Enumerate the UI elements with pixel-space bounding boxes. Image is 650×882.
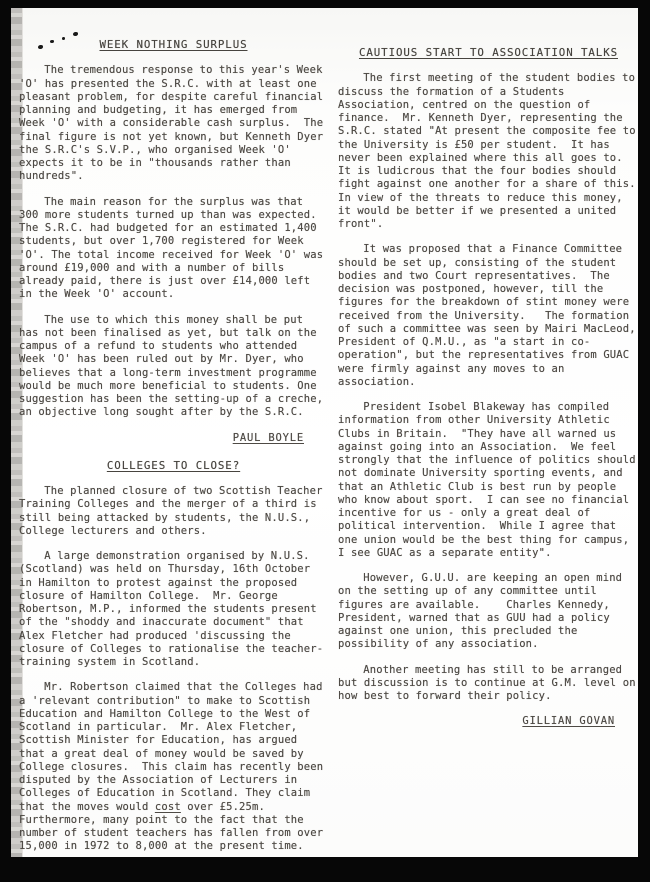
paragraph: The main reason for the surplus was that…	[19, 196, 328, 302]
paragraph: Another meeting has still to be arranged…	[338, 664, 639, 704]
paragraph: Mr. Robertson claimed that the Colleges …	[19, 681, 328, 853]
paragraph-text: Mr. Robertson claimed that the Colleges …	[19, 681, 330, 812]
underlined-word-cost: cost	[155, 801, 181, 813]
paper-sheet: WEEK NOTHING SURPLUS The tremendous resp…	[11, 8, 638, 857]
scanned-newspaper-page: WEEK NOTHING SURPLUS The tremendous resp…	[0, 0, 650, 882]
pen-mark-dot	[73, 32, 78, 36]
paragraph: The first meeting of the student bodies …	[338, 72, 639, 231]
paragraph: President Isobel Blakeway has compiled i…	[338, 401, 639, 560]
headline-week-nothing-surplus: WEEK NOTHING SURPLUS	[19, 38, 328, 51]
paragraph: The tremendous response to this year's W…	[19, 64, 328, 183]
paragraph: However, G.U.U. are keeping an open mind…	[338, 572, 639, 652]
paragraph: The planned closure of two Scottish Teac…	[19, 485, 328, 538]
byline-gillian-govan: GILLIAN GOVAN	[338, 715, 639, 728]
paragraph: The use to which this money shall be put…	[19, 314, 328, 420]
left-column: WEEK NOTHING SURPLUS The tremendous resp…	[19, 38, 328, 866]
headline-colleges-to-close: COLLEGES TO CLOSE?	[19, 459, 328, 472]
byline-paul-boyle: PAUL BOYLE	[19, 432, 328, 445]
paragraph: It was proposed that a Finance Committee…	[338, 243, 639, 389]
right-column: CAUTIOUS START TO ASSOCIATION TALKS The …	[338, 46, 639, 743]
headline-cautious-start: CAUTIOUS START TO ASSOCIATION TALKS	[338, 46, 639, 59]
paragraph: A large demonstration organised by N.U.S…	[19, 550, 328, 669]
